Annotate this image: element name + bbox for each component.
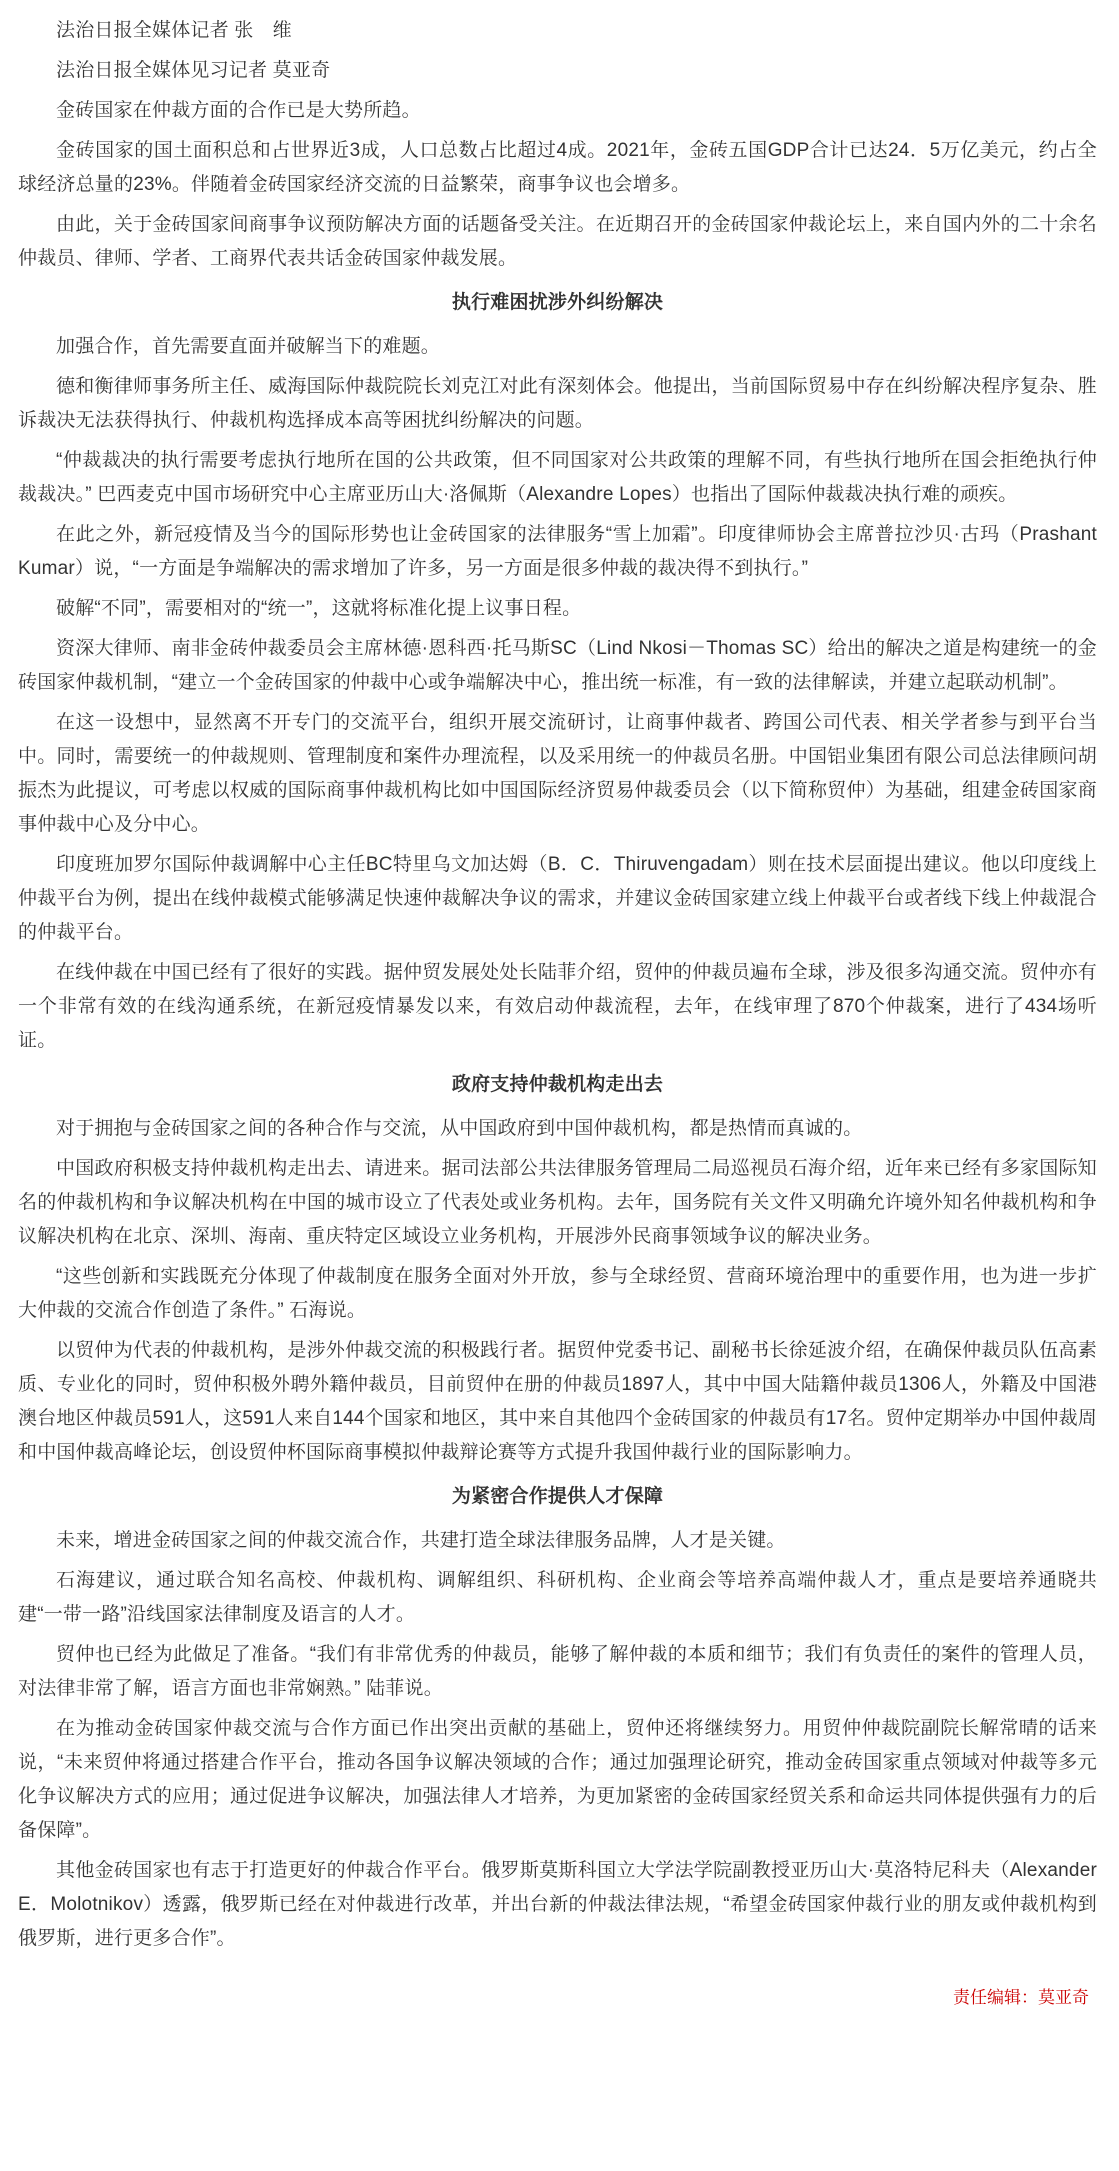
paragraph: 在为推动金砖国家仲裁交流与合作方面已作出突出贡献的基础上，贸仲还将继续努力。用贸…	[18, 1712, 1097, 1848]
section-heading: 为紧密合作提供人才保障	[18, 1480, 1097, 1514]
paragraph: 未来，增进金砖国家之间的仲裁交流合作，共建打造全球法律服务品牌，人才是关键。	[18, 1524, 1097, 1558]
paragraph: 印度班加罗尔国际仲裁调解中心主任BC特里乌文加达姆（B．C．Thiruvenga…	[18, 848, 1097, 950]
paragraph: 对于拥抱与金砖国家之间的各种合作与交流，从中国政府到中国仲裁机构，都是热情而真诚…	[18, 1112, 1097, 1146]
paragraph: 其他金砖国家也有志于打造更好的仲裁合作平台。俄罗斯莫斯科国立大学法学院副教授亚历…	[18, 1854, 1097, 1956]
paragraph: 在此之外，新冠疫情及当今的国际形势也让金砖国家的法律服务“雪上加霜”。印度律师协…	[18, 518, 1097, 586]
paragraph: 石海建议，通过联合知名高校、仲裁机构、调解组织、科研机构、企业商会等培养高端仲裁…	[18, 1564, 1097, 1632]
article-page: 法治日报全媒体记者 张 维法治日报全媒体见习记者 莫亚奇金砖国家在仲裁方面的合作…	[0, 0, 1119, 2171]
paragraph: 贸仲也已经为此做足了准备。“我们有非常优秀的仲裁员，能够了解仲裁的本质和细节；我…	[18, 1638, 1097, 1706]
editor-credit: 责任编辑：莫亚奇	[18, 1986, 1097, 2010]
paragraph: 法治日报全媒体见习记者 莫亚奇	[18, 54, 1097, 88]
paragraph: 加强合作，首先需要直面并破解当下的难题。	[18, 330, 1097, 364]
paragraph: “仲裁裁决的执行需要考虑执行地所在国的公共政策，但不同国家对公共政策的理解不同，…	[18, 444, 1097, 512]
section-heading: 政府支持仲裁机构走出去	[18, 1068, 1097, 1102]
paragraph: 由此，关于金砖国家间商事争议预防解决方面的话题备受关注。在近期召开的金砖国家仲裁…	[18, 208, 1097, 276]
paragraph: 在线仲裁在中国已经有了很好的实践。据仲贸发展处处长陆菲介绍，贸仲的仲裁员遍布全球…	[18, 956, 1097, 1058]
paragraph: 资深大律师、南非金砖仲裁委员会主席林德·恩科西·托马斯SC（Lind Nkosi…	[18, 632, 1097, 700]
article-body: 法治日报全媒体记者 张 维法治日报全媒体见习记者 莫亚奇金砖国家在仲裁方面的合作…	[18, 14, 1097, 1956]
paragraph: “这些创新和实践既充分体现了仲裁制度在服务全面对外开放，参与全球经贸、营商环境治…	[18, 1260, 1097, 1328]
paragraph: 金砖国家在仲裁方面的合作已是大势所趋。	[18, 94, 1097, 128]
paragraph: 中国政府积极支持仲裁机构走出去、请进来。据司法部公共法律服务管理局二局巡视员石海…	[18, 1152, 1097, 1254]
paragraph: 在这一设想中，显然离不开专门的交流平台，组织开展交流研讨，让商事仲裁者、跨国公司…	[18, 706, 1097, 842]
paragraph: 德和衡律师事务所主任、威海国际仲裁院院长刘克江对此有深刻体会。他提出，当前国际贸…	[18, 370, 1097, 438]
section-heading: 执行难困扰涉外纠纷解决	[18, 286, 1097, 320]
paragraph: 以贸仲为代表的仲裁机构，是涉外仲裁交流的积极践行者。据贸仲党委书记、副秘书长徐延…	[18, 1334, 1097, 1470]
paragraph: 破解“不同”，需要相对的“统一”，这就将标准化提上议事日程。	[18, 592, 1097, 626]
paragraph: 金砖国家的国土面积总和占世界近3成，人口总数占比超过4成。2021年，金砖五国G…	[18, 134, 1097, 202]
paragraph: 法治日报全媒体记者 张 维	[18, 14, 1097, 48]
